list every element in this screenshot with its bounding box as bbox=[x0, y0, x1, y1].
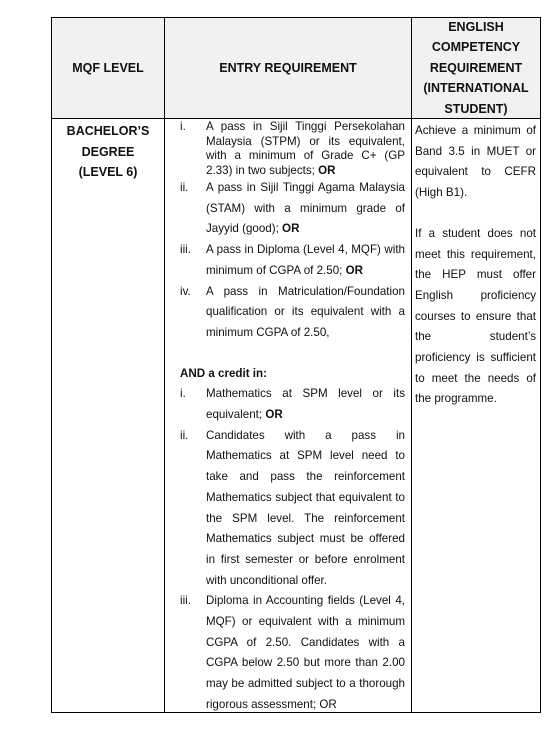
column-divider bbox=[411, 18, 412, 712]
entry-item: iv. A pass in Matriculation/Foundation q… bbox=[165, 282, 411, 344]
credit-item: ii. Candidates with a pass in Mathematic… bbox=[165, 426, 411, 592]
credit-item: i. Mathematics at SPM level or its equiv… bbox=[165, 384, 411, 425]
english-requirement-note: If a student does not meet this requirem… bbox=[415, 224, 536, 410]
item-text: A pass in Sijil Tinggi Persekolahan Mala… bbox=[206, 120, 405, 177]
item-number: i. bbox=[180, 384, 186, 405]
header-entry-requirement: ENTRY REQUIREMENT bbox=[165, 18, 411, 118]
entry-requirement-cell: i. A pass in Sijil Tinggi Persekolahan M… bbox=[165, 120, 411, 716]
credit-heading: AND a credit in: bbox=[165, 364, 411, 385]
item-number: ii. bbox=[180, 426, 188, 447]
entry-item: ii. A pass in Sijil Tinggi Agama Malaysi… bbox=[165, 178, 411, 240]
item-text: Candidates with a pass in Mathematics at… bbox=[206, 429, 405, 587]
item-number: ii. bbox=[180, 178, 188, 199]
header-line: ENGLISH bbox=[423, 17, 528, 38]
item-number: iii. bbox=[180, 240, 191, 261]
item-or: OR bbox=[318, 164, 335, 177]
credit-item: iii. Diploma in Accounting fields (Level… bbox=[165, 591, 411, 715]
item-or: OR bbox=[265, 408, 282, 421]
header-line: (INTERNATIONAL bbox=[423, 78, 528, 99]
item-text: Diploma in Accounting fields (Level 4, M… bbox=[206, 594, 405, 711]
mqf-level-line: DEGREE bbox=[52, 142, 164, 163]
header-line: STUDENT) bbox=[423, 99, 528, 120]
header-line: COMPETENCY bbox=[423, 37, 528, 58]
entry-item: i. A pass in Sijil Tinggi Persekolahan M… bbox=[165, 120, 411, 178]
item-or: OR bbox=[282, 222, 299, 235]
header-mqf-level: MQF LEVEL bbox=[52, 18, 164, 118]
mqf-level-line: (LEVEL 6) bbox=[52, 162, 164, 183]
item-text: Mathematics at SPM level or its equivale… bbox=[206, 387, 405, 421]
mqf-level-cell: BACHELOR’S DEGREE (LEVEL 6) bbox=[52, 121, 164, 183]
english-requirement-cell: Achieve a minimum of Band 3.5 in MUET or… bbox=[415, 121, 536, 410]
item-text: A pass in Diploma (Level 4, MQF) with mi… bbox=[206, 243, 405, 277]
mqf-level-line: BACHELOR’S bbox=[52, 121, 164, 142]
item-number: i. bbox=[180, 120, 186, 135]
english-requirement-text: Achieve a minimum of Band 3.5 in MUET or… bbox=[415, 121, 536, 204]
entry-requirements-table: MQF LEVEL ENTRY REQUIREMENT ENGLISH COMP… bbox=[51, 17, 541, 713]
item-text: A pass in Matriculation/Foundation quali… bbox=[206, 285, 405, 339]
header-english-competency: ENGLISH COMPETENCY REQUIREMENT (INTERNAT… bbox=[412, 18, 540, 118]
item-number: iii. bbox=[180, 591, 191, 612]
item-number: iv. bbox=[180, 282, 191, 303]
item-text: A pass in Sijil Tinggi Agama Malaysia (S… bbox=[206, 181, 405, 235]
entry-item: iii. A pass in Diploma (Level 4, MQF) wi… bbox=[165, 240, 411, 281]
item-or: OR bbox=[346, 264, 363, 277]
header-line: REQUIREMENT bbox=[423, 58, 528, 79]
